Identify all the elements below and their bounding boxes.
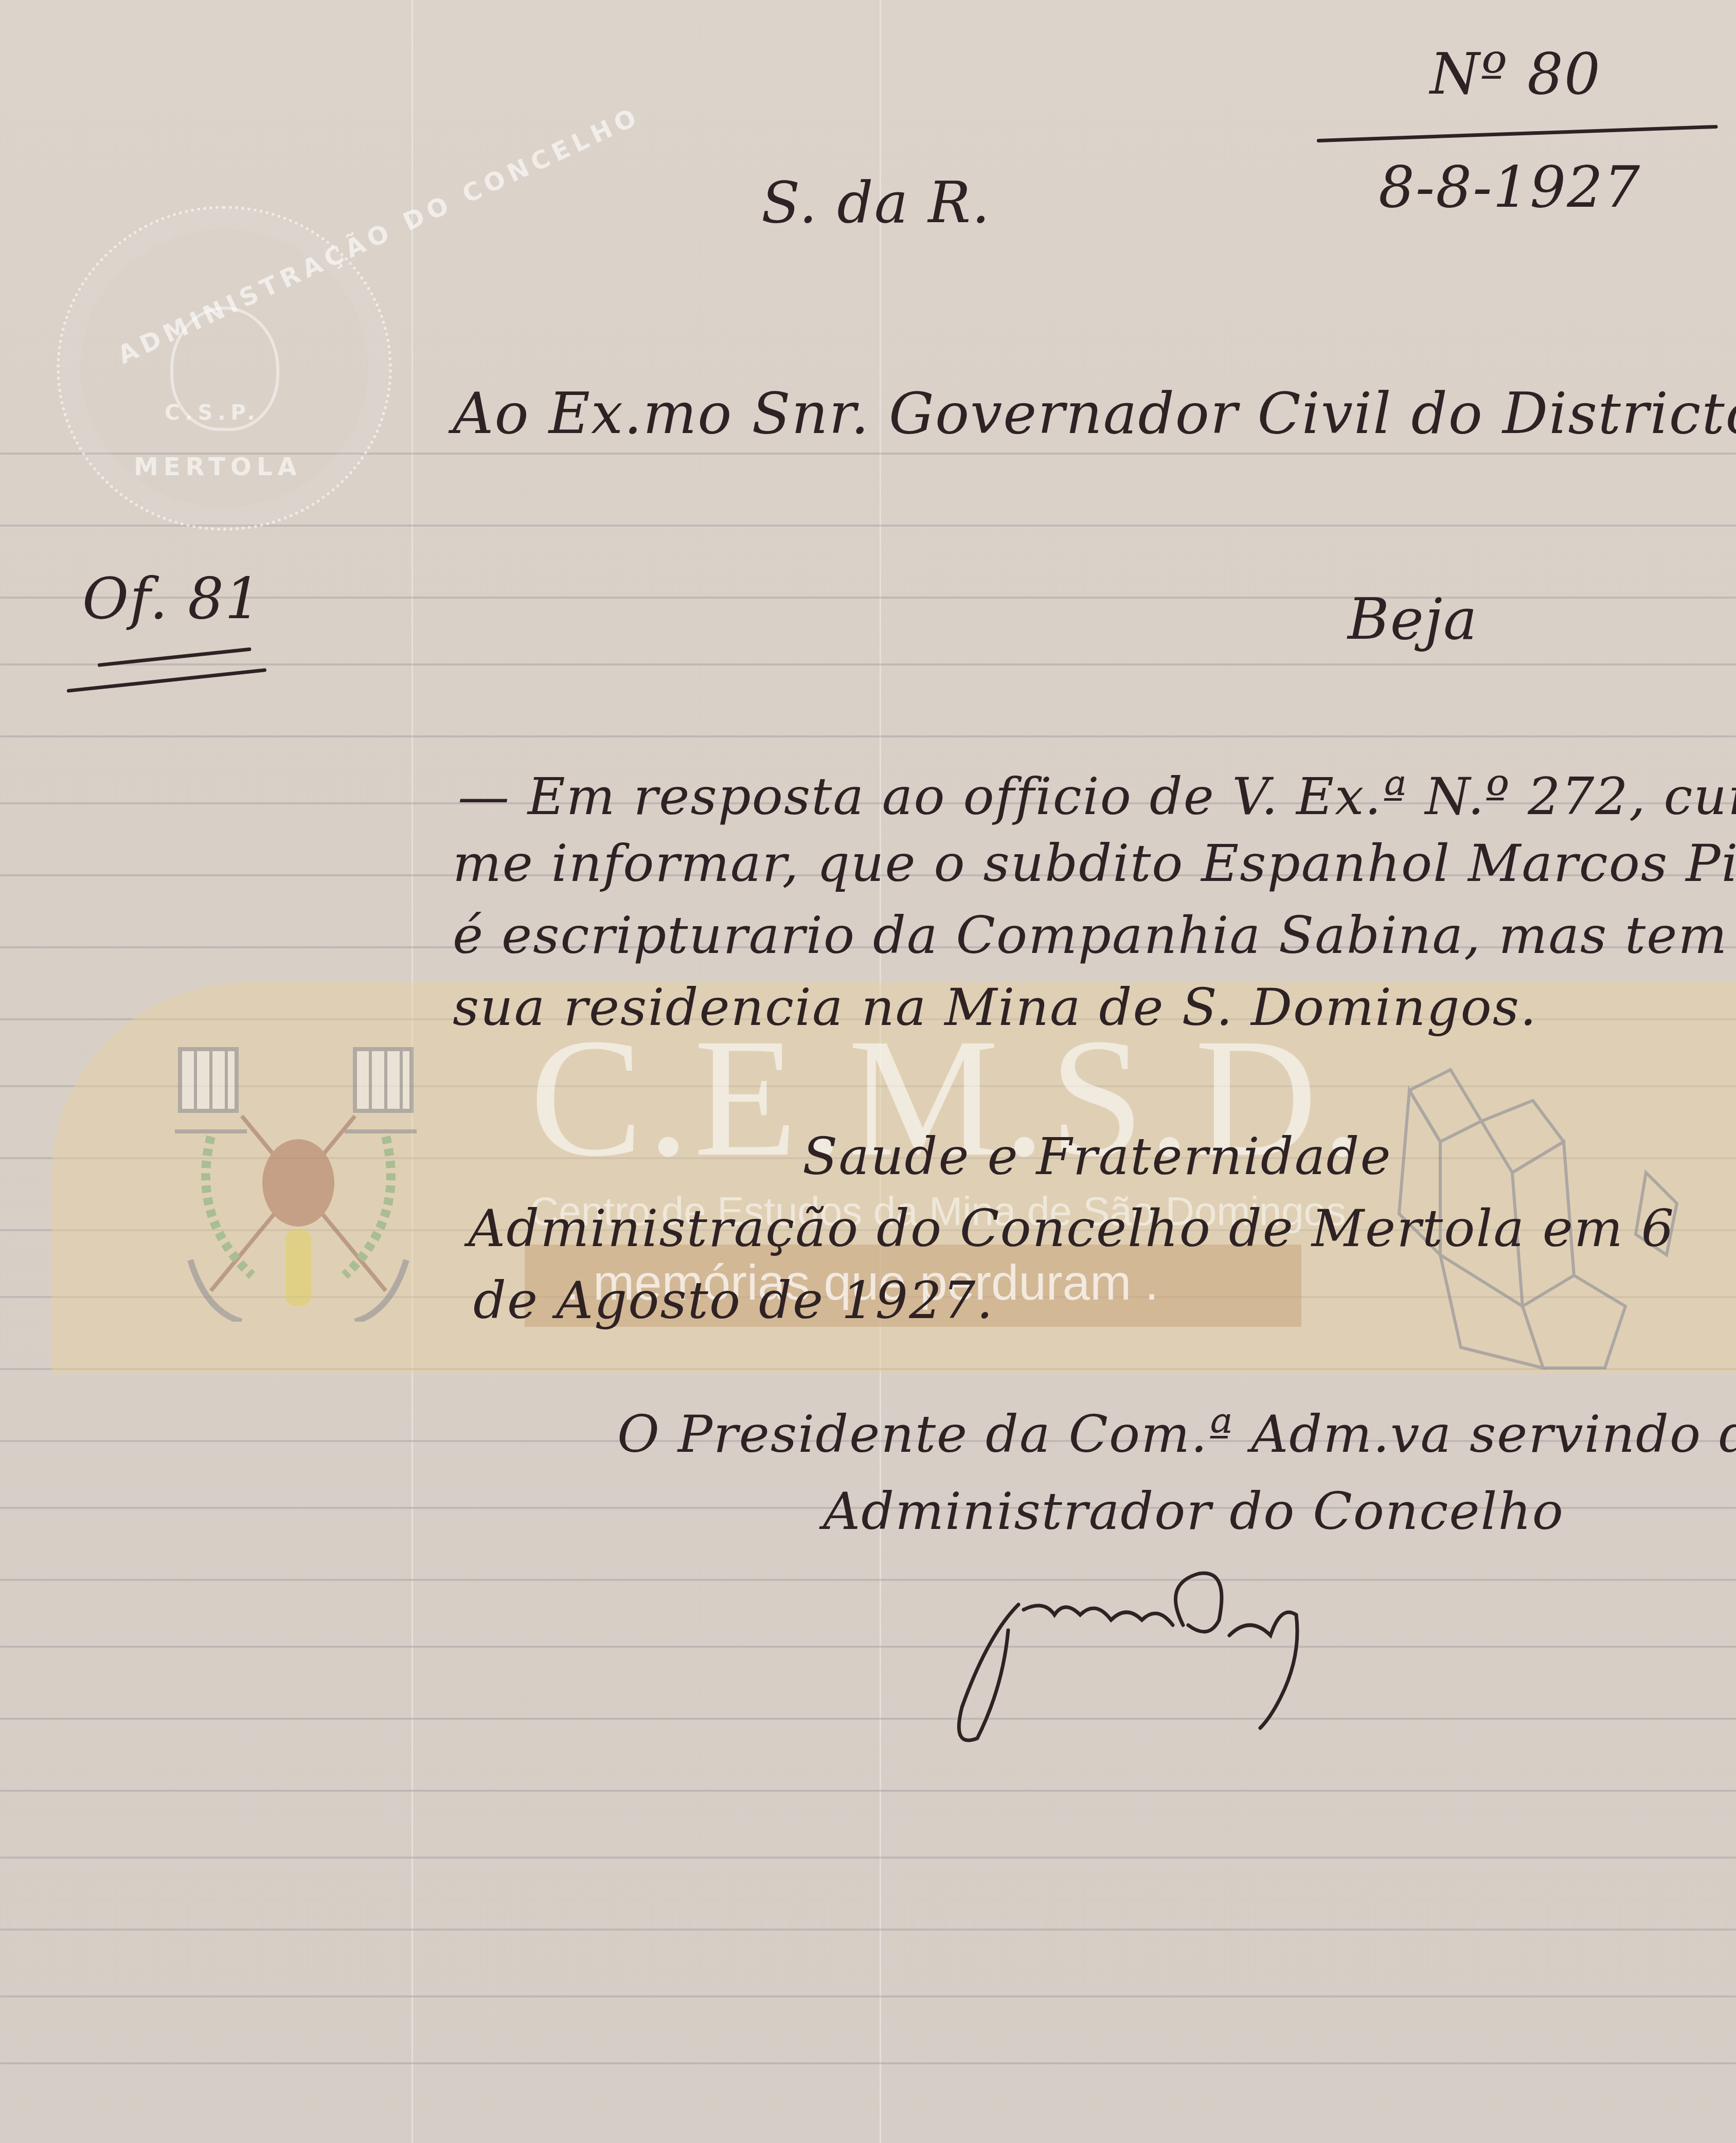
- addressee-line: Ao Ex.mo Snr. Governador Civil do Distri…: [453, 381, 1736, 446]
- body-line: — Em resposta ao officio de V. Ex.ª N.º …: [458, 766, 1736, 826]
- reference-number: Nº 80: [1430, 41, 1601, 107]
- office-number: Of. 81: [82, 566, 262, 632]
- ruled-line: [0, 735, 1736, 737]
- place-date-line: de Agosto de 1927.: [473, 1270, 994, 1330]
- reference-date: 8-8-1927: [1379, 154, 1641, 220]
- ruled-line: [0, 2062, 1736, 2064]
- seal-text-bottom: MERTOLA: [134, 453, 302, 481]
- signatory-title: Administrador do Concelho: [823, 1481, 1564, 1541]
- body-line: me informar, que o subdito Espanhol Marc…: [453, 833, 1736, 893]
- body-line: sua residencia na Mina de S. Domingos.: [453, 977, 1537, 1037]
- ruled-line: [0, 1857, 1736, 1859]
- signature-icon: [941, 1553, 1507, 1749]
- place-date-line: Administração do Concelho de Mertola em …: [468, 1198, 1675, 1258]
- ruled-line: [0, 1929, 1736, 1931]
- ruled-line: [0, 663, 1736, 665]
- ruled-line: [0, 1995, 1736, 1997]
- seal-initials: C.S.P.: [165, 401, 260, 425]
- mining-emblem-icon: [170, 1034, 458, 1322]
- closing-salutation: Saude e Fraternidade: [802, 1126, 1392, 1186]
- letter-header: S. da R.: [761, 170, 991, 236]
- body-line: é escripturario da Companhia Sabina, mas…: [453, 905, 1736, 965]
- ruled-line: [0, 1790, 1736, 1792]
- signatory-title: O Presidente da Com.ª Adm.va servindo de: [617, 1404, 1736, 1464]
- city: Beja: [1348, 586, 1478, 652]
